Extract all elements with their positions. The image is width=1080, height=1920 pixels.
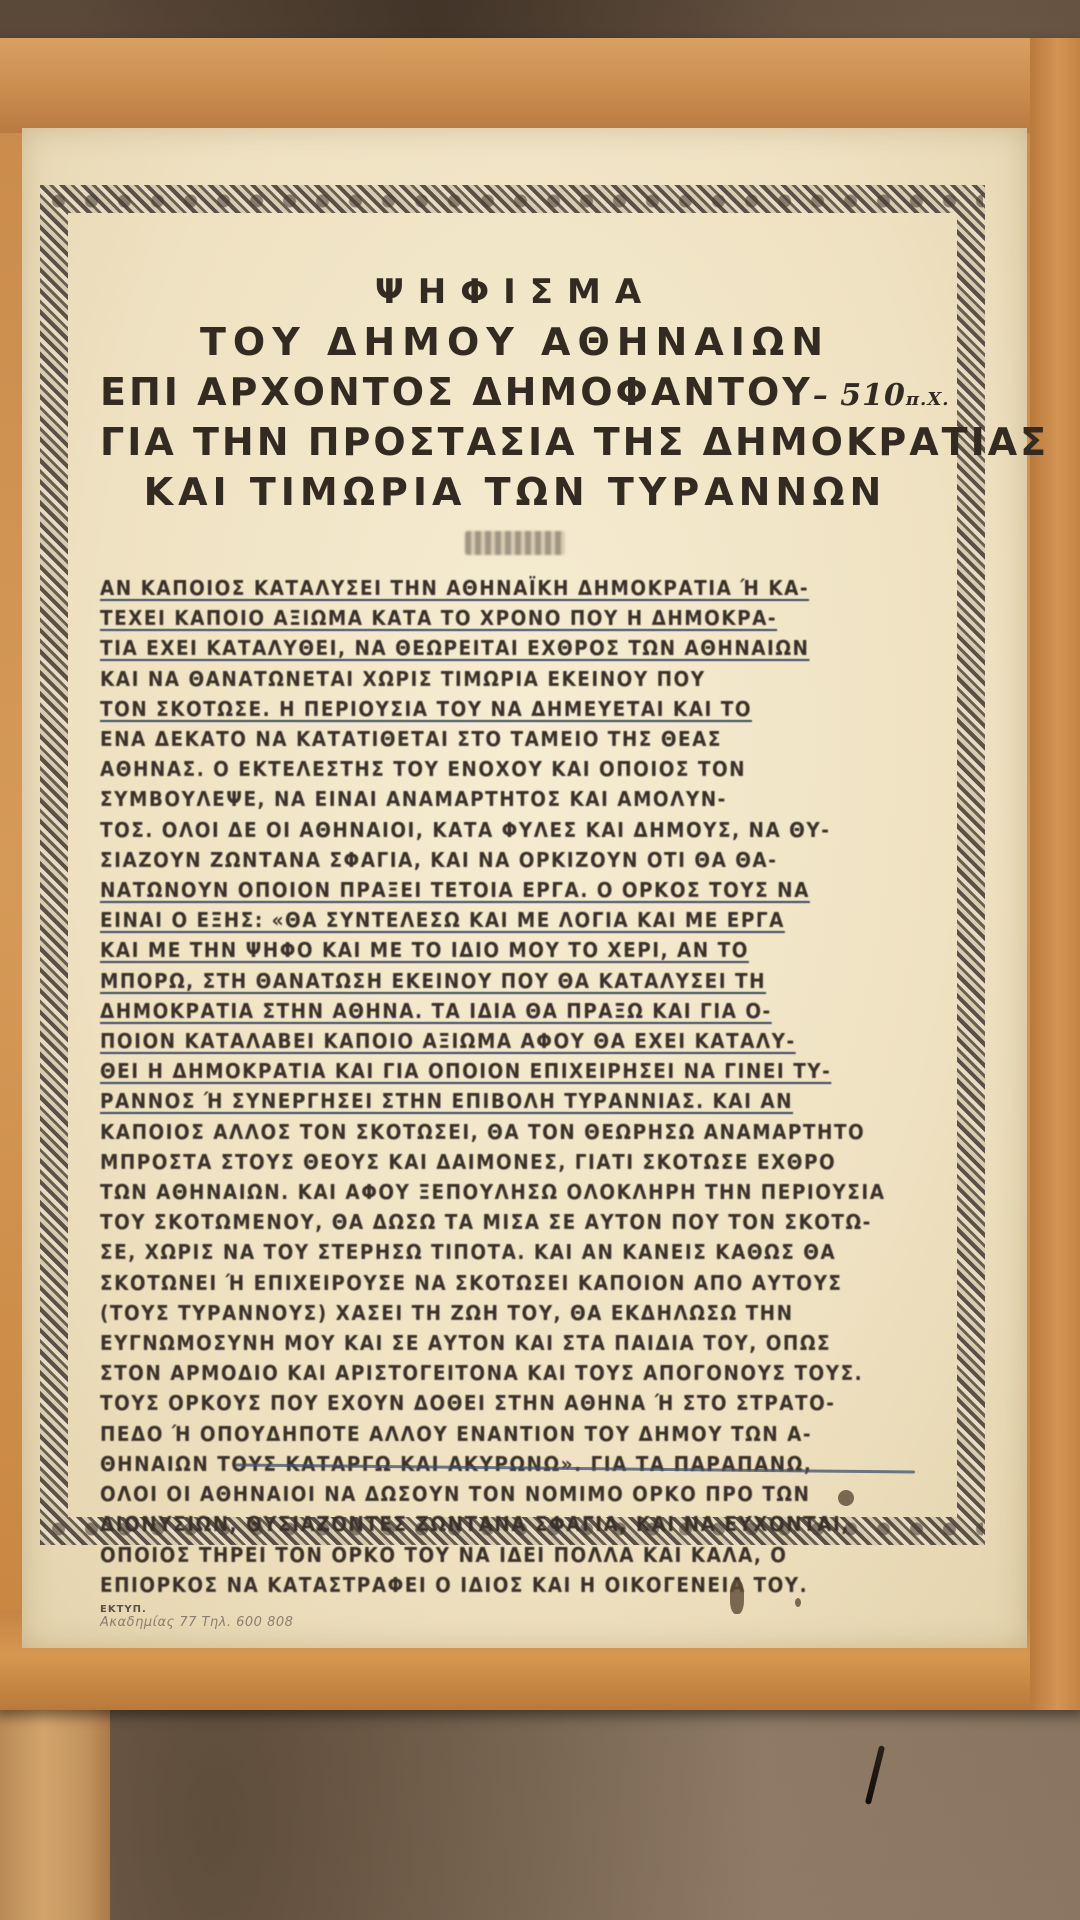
decree-line: ΤΟΥ ΣΚΟΤΩΜΕΝΟΥ, ΘΑ ΔΩΣΩ ΤΑ ΜΙΣΑ ΣΕ ΑΥΤΟΝ…: [100, 1207, 930, 1237]
decree-line: ΣΤΟΝ ΑΡΜΟΔΙΟ ΚΑΙ ΑΡΙΣΤΟΓΕΙΤΟΝΑ ΚΑΙ ΤΟΥΣ …: [100, 1358, 930, 1388]
decree-line: ΑΝ ΚΑΠΟΙΟΣ ΚΑΤΑΛΥΣΕΙ ΤΗΝ ΑΘΗΝΑΪΚΗ ΔΗΜΟΚΡ…: [100, 573, 930, 603]
decree-line: ΕΙΝΑΙ Ο ΕΞΗΣ: «ΘΑ ΣΥΝΤΕΛΕΣΩ ΚΑΙ ΜΕ ΛΟΓΙΑ…: [100, 905, 930, 935]
plaque-title: ΨΗΦΙΣΜΑ ΤΟΥ ΔΗΜΟΥ ΑΘΗΝΑΙΩΝ ΕΠΙ ΑΡΧΟΝΤΟΣ …: [100, 275, 930, 511]
printer-mark: ΕΚΤΥΠ.: [100, 1604, 930, 1615]
decree-line: ΕΝΑ ΔΕΚΑΤΟ ΝΑ ΚΑΤΑΤΙΘΕΤΑΙ ΣΤΟ ΤΑΜΕΙΟ ΤΗΣ…: [100, 724, 930, 754]
decree-line: ΔΗΜΟΚΡΑΤΙΑ ΣΤΗΝ ΑΘΗΝΑ. ΤΑ ΙΔΙΑ ΘΑ ΠΡΑΞΩ …: [100, 996, 930, 1026]
printer-address: Ακαδημίας 77 Τηλ. 600 808: [100, 1615, 293, 1630]
decree-line: ΕΥΓΝΩΜΟΣΥΝΗ ΜΟΥ ΚΑΙ ΣΕ ΑΥΤΟΝ ΚΑΙ ΣΤΑ ΠΑΙ…: [100, 1328, 930, 1358]
date-text: – 510π.Χ.: [813, 378, 950, 413]
plaque-text: ΨΗΦΙΣΜΑ ΤΟΥ ΔΗΜΟΥ ΑΘΗΝΑΙΩΝ ΕΠΙ ΑΡΧΟΝΤΟΣ …: [100, 275, 930, 1630]
decree-line: ΤΩΝ ΑΘΗΝΑΙΩΝ. ΚΑΙ ΑΦΟΥ ΞΕΠΟΥΛΗΣΩ ΟΛΟΚΛΗΡ…: [100, 1177, 930, 1207]
title-line-decree: ΨΗΦΙΣΜΑ: [100, 275, 930, 309]
decree-line: ΑΘΗΝΑΣ. Ο ΕΚΤΕΛΕΣΤΗΣ ΤΟΥ ΕΝΟΧΟΥ ΚΑΙ ΟΠΟΙ…: [100, 754, 930, 784]
decree-line: ΣΕ, ΧΩΡΙΣ ΝΑ ΤΟΥ ΣΤΕΡΗΣΩ ΤΙΠΟΤΑ. ΚΑΙ ΑΝ …: [100, 1237, 930, 1267]
decree-line: ΣΚΟΤΩΝΕΙ Ή ΕΠΙΧΕΙΡΟΥΣΕ ΝΑ ΣΚΟΤΩΣΕΙ ΚΑΠΟΙ…: [100, 1268, 930, 1298]
wooden-post: [0, 1700, 110, 1920]
decree-line: ΡΑΝΝΟΣ Ή ΣΥΝΕΡΓΗΣΕΙ ΣΤΗΝ ΕΠΙΒΟΛΗ ΤΥΡΑΝΝΙ…: [100, 1086, 930, 1116]
decree-line: ΚΑΙ ΜΕ ΤΗΝ ΨΗΦΟ ΚΑΙ ΜΕ ΤΟ ΙΔΙΟ ΜΟΥ ΤΟ ΧΕ…: [100, 935, 930, 965]
decree-line: ΤΕΧΕΙ ΚΑΠΟΙΟ ΑΞΙΩΜΑ ΚΑΤΑ ΤΟ ΧΡΟΝΟ ΠΟΥ Η …: [100, 603, 930, 633]
printer-imprint: ΕΚΤΥΠ. Ακαδημίας 77 Τηλ. 600 808: [100, 1604, 930, 1630]
title-line-punishment: ΚΑΙ ΤΙΜΩΡΙΑ ΤΩΝ ΤΥΡΑΝΝΩΝ: [100, 473, 930, 511]
stain-mark: [730, 1580, 744, 1614]
decree-line: ΚΑΙ ΝΑ ΘΑΝΑΤΩΝΕΤΑΙ ΧΩΡΙΣ ΤΙΜΩΡΙΑ ΕΚΕΙΝΟΥ…: [100, 664, 930, 694]
decree-line: ΔΙΟΝΥΣΙΩΝ, ΘΥΣΙΑΖΟΝΤΕΣ ΖΩΝΤΑΝΑ ΣΦΑΓΙΑ, Κ…: [100, 1509, 930, 1539]
decree-line: ΟΠΟΙΟΣ ΤΗΡΕΙ ΤΟΝ ΟΡΚΟ ΤΟΥ ΝΑ ΙΔΕΙ ΠΟΛΛΑ …: [100, 1540, 930, 1570]
decree-line: ΕΠΙΟΡΚΟΣ ΝΑ ΚΑΤΑΣΤΡΑΦΕΙ Ο ΙΔΙΟΣ ΚΑΙ Η ΟΙ…: [100, 1570, 930, 1600]
divider-ornament-icon: [465, 531, 565, 555]
decree-body: ΑΝ ΚΑΠΟΙΟΣ ΚΑΤΑΛΥΣΕΙ ΤΗΝ ΑΘΗΝΑΪΚΗ ΔΗΜΟΚΡ…: [100, 573, 930, 1600]
decree-line: ΜΠΟΡΩ, ΣΤΗ ΘΑΝΑΤΩΣΗ ΕΚΕΙΝΟΥ ΠΟΥ ΘΑ ΚΑΤΑΛ…: [100, 966, 930, 996]
decree-line: ΝΑΤΩΝΟΥΝ ΟΠΟΙΟΝ ΠΡΑΞΕΙ ΤΕΤΟΙΑ ΕΡΓΑ. Ο ΟΡ…: [100, 875, 930, 905]
decree-line: ΤΟΝ ΣΚΟΤΩΣΕ. Η ΠΕΡΙΟΥΣΙΑ ΤΟΥ ΝΑ ΔΗΜΕΥΕΤΑ…: [100, 694, 930, 724]
decree-line: ΣΙΑΖΟΥΝ ΖΩΝΤΑΝΑ ΣΦΑΓΙΑ, ΚΑΙ ΝΑ ΟΡΚΙΖΟΥΝ …: [100, 845, 930, 875]
title-line-archon: ΕΠΙ ΑΡΧΟΝΤΟΣ ΔΗΜΟΦΑΝΤΟΥ– 510π.Χ.: [100, 373, 930, 411]
decree-line: ΜΠΡΟΣΤΑ ΣΤΟΥΣ ΘΕΟΥΣ ΚΑΙ ΔΑΙΜΟΝΕΣ, ΓΙΑΤΙ …: [100, 1147, 930, 1177]
decree-line: ΠΕΔΟ Ή ΟΠΟΥΔΗΠΟΤΕ ΑΛΛΟΥ ΕΝΑΝΤΙΟΝ ΤΟΥ ΔΗΜ…: [100, 1419, 930, 1449]
decree-line: ΠΟΙΟΝ ΚΑΤΑΛΑΒΕΙ ΚΑΠΟΙΟ ΑΞΙΩΜΑ ΑΦΟΥ ΘΑ ΕΧ…: [100, 1026, 930, 1056]
frame-top-rail: [0, 38, 1080, 133]
decree-line: ΣΥΜΒΟΥΛΕΨΕ, ΝΑ ΕΙΝΑΙ ΑΝΑΜΑΡΤΗΤΟΣ ΚΑΙ ΑΜΟ…: [100, 784, 930, 814]
decree-line: (ΤΟΥΣ ΤΥΡΑΝΝΟΥΣ) ΧΑΣΕΙ ΤΗ ΖΩΗ ΤΟΥ, ΘΑ ΕΚ…: [100, 1298, 930, 1328]
title-line-demos: ΤΟΥ ΔΗΜΟΥ ΑΘΗΝΑΙΩΝ: [100, 323, 930, 361]
archon-text: ΕΠΙ ΑΡΧΟΝΤΟΣ ΔΗΜΟΦΑΝΤΟΥ: [100, 370, 813, 414]
stain-mark: [838, 1490, 854, 1506]
decree-line: ΟΛΟΙ ΟΙ ΑΘΗΝΑΙΟΙ ΝΑ ΔΩΣΟΥΝ ΤΟΝ ΝΟΜΙΜΟ ΟΡ…: [100, 1479, 930, 1509]
decree-line: ΚΑΠΟΙΟΣ ΑΛΛΟΣ ΤΟΝ ΣΚΟΤΩΣΕΙ, ΘΑ ΤΟΝ ΘΕΩΡΗ…: [100, 1117, 930, 1147]
stain-mark: [795, 1598, 801, 1607]
decree-line: ΘΕΙ Η ΔΗΜΟΚΡΑΤΙΑ ΚΑΙ ΓΙΑ ΟΠΟΙΟΝ ΕΠΙΧΕΙΡΗ…: [100, 1056, 930, 1086]
frame-right-rail: [1030, 38, 1080, 1710]
decree-line: ΤΙΑ ΕΧΕΙ ΚΑΤΑΛΥΘΕΙ, ΝΑ ΘΕΩΡΕΙΤΑΙ ΕΧΘΡΟΣ …: [100, 633, 930, 663]
decree-line: ΤΟΣ. ΟΛΟΙ ΔΕ ΟΙ ΑΘΗΝΑΙΟΙ, ΚΑΤΑ ΦΥΛΕΣ ΚΑΙ…: [100, 815, 930, 845]
decree-line: ΘΗΝΑΙΩΝ ΤΟΥΣ ΚΑΤΑΡΓΩ ΚΑΙ ΑΚΥΡΩΝΩ». ΓΙΑ Τ…: [100, 1449, 930, 1479]
title-line-protection: ΓΙΑ ΤΗΝ ΠΡΟΣΤΑΣΙΑ ΤΗΣ ΔΗΜΟΚΡΑΤΙΑΣ: [100, 423, 930, 461]
decree-line: ΤΟΥΣ ΟΡΚΟΥΣ ΠΟΥ ΕΧΟΥΝ ΔΟΘΕΙ ΣΤΗΝ ΑΘΗΝΑ Ή…: [100, 1388, 930, 1418]
